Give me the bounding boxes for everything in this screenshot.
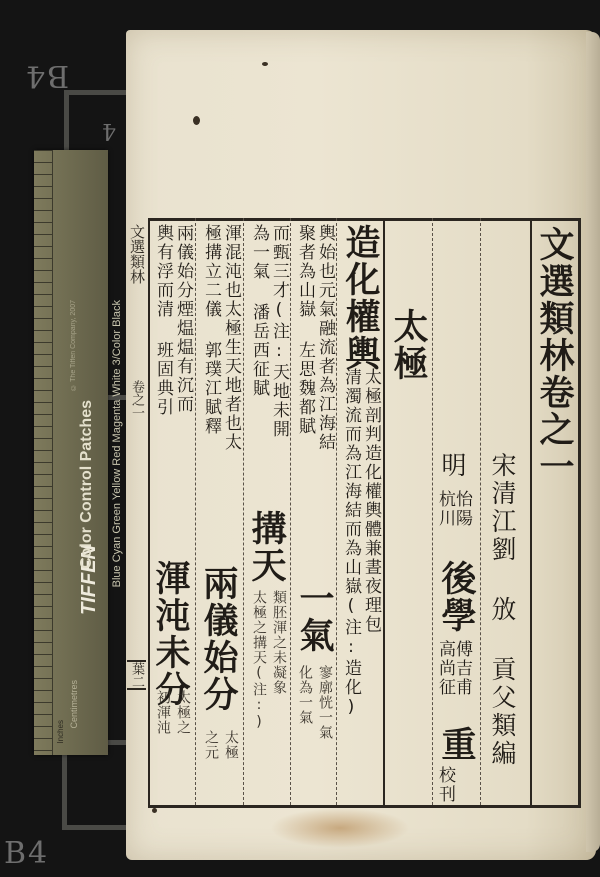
volume-title: 文選類林卷之一 <box>536 226 571 485</box>
entry-note: 之元 <box>204 730 218 790</box>
card-patch-labels: Blue Cyan Green Yellow Red Magenta White… <box>111 300 123 587</box>
body-text: 聚者為山嶽 左思魏都賦 <box>296 224 313 514</box>
body-text: 極搆立二儀 郭璞江賦釋 <box>202 224 219 554</box>
page-edge <box>586 32 600 852</box>
column-rule <box>480 218 481 805</box>
reviser-dynasty: 明 <box>440 452 465 480</box>
archive-marker-top: B4 <box>24 58 69 93</box>
entry-note: 太極剖判造化權輿體兼晝夜理包 <box>362 368 379 798</box>
card-copyright: © The Tiffen Company, 2007 <box>70 300 77 391</box>
ink-spot <box>193 116 200 125</box>
card-units-inches: Inches <box>56 720 65 744</box>
color-control-card: TIFFEN Color Control Patches Blue Cyan G… <box>34 150 108 755</box>
margin-volume: 卷之一 <box>127 380 146 419</box>
column-rule <box>290 218 291 805</box>
water-stain <box>270 808 410 848</box>
reviser-place: 怡陽 杭川 <box>436 490 470 560</box>
margin-leaf-number: 葉二 <box>127 660 146 690</box>
ruler-scale <box>34 150 53 755</box>
column-rule <box>432 218 433 805</box>
ink-spot <box>262 62 268 66</box>
column-rule <box>195 218 196 805</box>
archive-marker-inner: 4 <box>100 118 116 143</box>
card-title: Color Control Patches <box>78 400 96 569</box>
entry-note: 類胚渾之未凝象 <box>272 590 286 790</box>
column-rule <box>530 218 532 805</box>
entry-heading: 造化權輿 <box>342 224 377 372</box>
compiler-line: 宋清江劉 攽 貢父類編 <box>490 452 515 768</box>
column-rule <box>243 218 244 805</box>
entry-note: 寥廓恍一氣 <box>318 665 332 795</box>
entry-note: 太極之 <box>176 690 190 790</box>
reviser-names-small: 傅吉甫 高尚征 <box>436 640 470 730</box>
reviser-action: 重 <box>438 726 473 763</box>
margin-title: 文選類林 <box>127 224 148 284</box>
body-text: 兩儀始分煙煴煴有沉而 <box>174 224 191 544</box>
entry-heading: 兩儀始分 <box>200 565 235 713</box>
entry-heading: 渾沌未分 <box>152 560 187 708</box>
entry-note: 化為一氣 <box>298 665 312 795</box>
body-text: 輿有浮而清 班固典引 <box>154 224 171 544</box>
entry-note: 太極 <box>224 730 238 790</box>
card-units: Centimetres <box>69 680 79 729</box>
entry-note: 初渾沌 <box>156 690 170 790</box>
reviser-name: 後學 <box>438 560 473 634</box>
body-text: 為一氣 潘岳西征賦 <box>250 224 267 504</box>
entry-heading: 一氣 <box>296 580 331 654</box>
archive-marker-bottom: B4 <box>4 836 49 871</box>
entry-note: 太極之搆天(注:) <box>252 590 266 790</box>
reviser-action-small: 校刊 <box>436 766 453 806</box>
column-rule <box>336 218 337 805</box>
entry-note: 清濁流而為江海結而為山嶽(注:造化) <box>342 368 359 798</box>
body-text: 渾混沌也太極生天地者也太 <box>222 224 239 554</box>
body-text: 而甄三才(注:天地未開 <box>270 224 287 504</box>
entry-heading: 搆天 <box>248 510 283 584</box>
section-title: 太極 <box>390 308 425 382</box>
ink-spot <box>152 808 157 813</box>
body-text: 輿始也元氣融流者為江海結 <box>316 224 333 514</box>
column-rule <box>383 218 385 805</box>
